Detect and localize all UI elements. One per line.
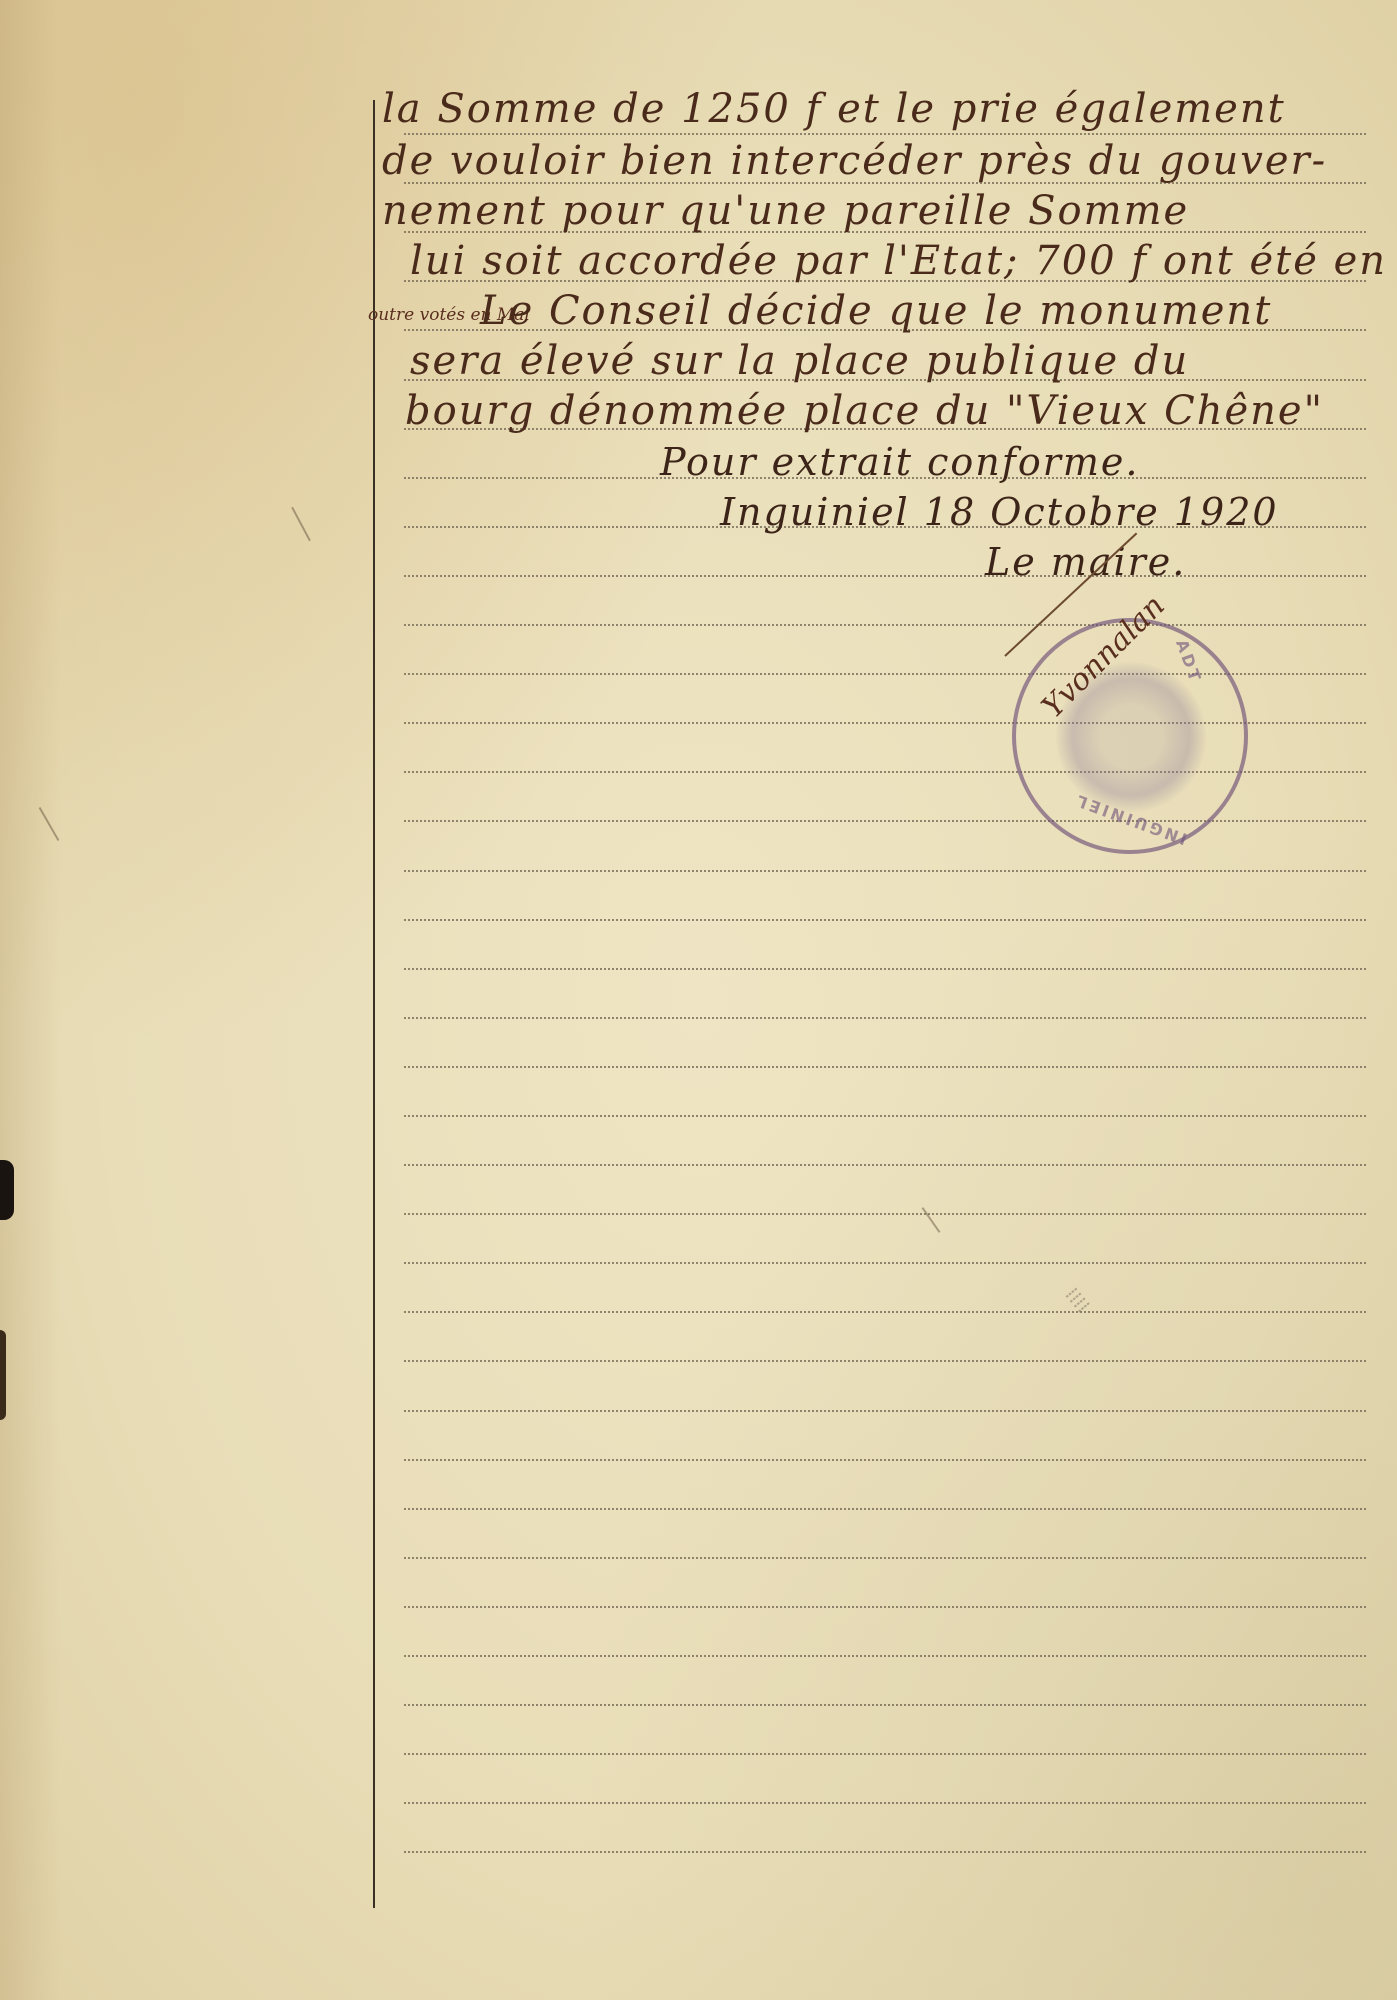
text-line-3: nement pour qu'une pareille Somme: [382, 188, 1189, 234]
ruled-line: [404, 1802, 1366, 1804]
ruled-line: [404, 1164, 1366, 1166]
ruled-line: [404, 1311, 1366, 1313]
text-line-6: sera élevé sur la place publique du: [410, 338, 1189, 384]
text-line-4: lui soit accordée par l'Etat; 700 f ont …: [410, 238, 1387, 284]
ruled-line: [404, 1557, 1366, 1559]
ruled-line: [404, 1704, 1366, 1706]
ruled-line: [404, 1508, 1366, 1510]
ruled-line: [404, 1360, 1366, 1362]
paper-tear: [0, 1160, 14, 1220]
text-line-2: de vouloir bien intercéder près du gouve…: [382, 138, 1327, 184]
ruled-line: [404, 919, 1366, 921]
place-date: Inguiniel 18 Octobre 1920: [720, 490, 1279, 534]
crease-mark: [922, 1207, 941, 1233]
ruled-line: [404, 968, 1366, 970]
ruled-line: [404, 1606, 1366, 1608]
text-line-5: Le Conseil décide que le monument: [480, 288, 1272, 334]
ruled-line: [404, 1459, 1366, 1461]
ruled-line: [404, 133, 1366, 135]
signatory-title: Le maire.: [985, 540, 1186, 584]
ruled-line: [404, 1851, 1366, 1853]
ruled-line: [404, 820, 1366, 822]
ruled-line: [404, 870, 1366, 872]
ruled-line: [404, 1262, 1366, 1264]
document-page: la Somme de 1250 f et le prie également …: [0, 0, 1397, 2000]
crease-mark: [291, 507, 311, 541]
ruled-line: [404, 1017, 1366, 1019]
margin-line: [373, 100, 375, 1908]
ruled-line: [404, 1213, 1366, 1215]
ruled-line: [404, 1115, 1366, 1117]
ruled-line: [404, 624, 1366, 626]
ruled-line: [404, 1410, 1366, 1412]
ruled-line: [404, 1066, 1366, 1068]
ruled-line: [404, 1655, 1366, 1657]
text-line-7: bourg dénommée place du "Vieux Chêne": [405, 388, 1324, 434]
paper-tear: [0, 1330, 6, 1420]
text-line-1: la Somme de 1250 f et le prie également: [382, 86, 1286, 132]
closing-formula: Pour extrait conforme.: [660, 440, 1139, 484]
paper-fold-shadow: [0, 0, 60, 2000]
ruled-line: [404, 575, 1366, 577]
ruled-line: [404, 1753, 1366, 1755]
